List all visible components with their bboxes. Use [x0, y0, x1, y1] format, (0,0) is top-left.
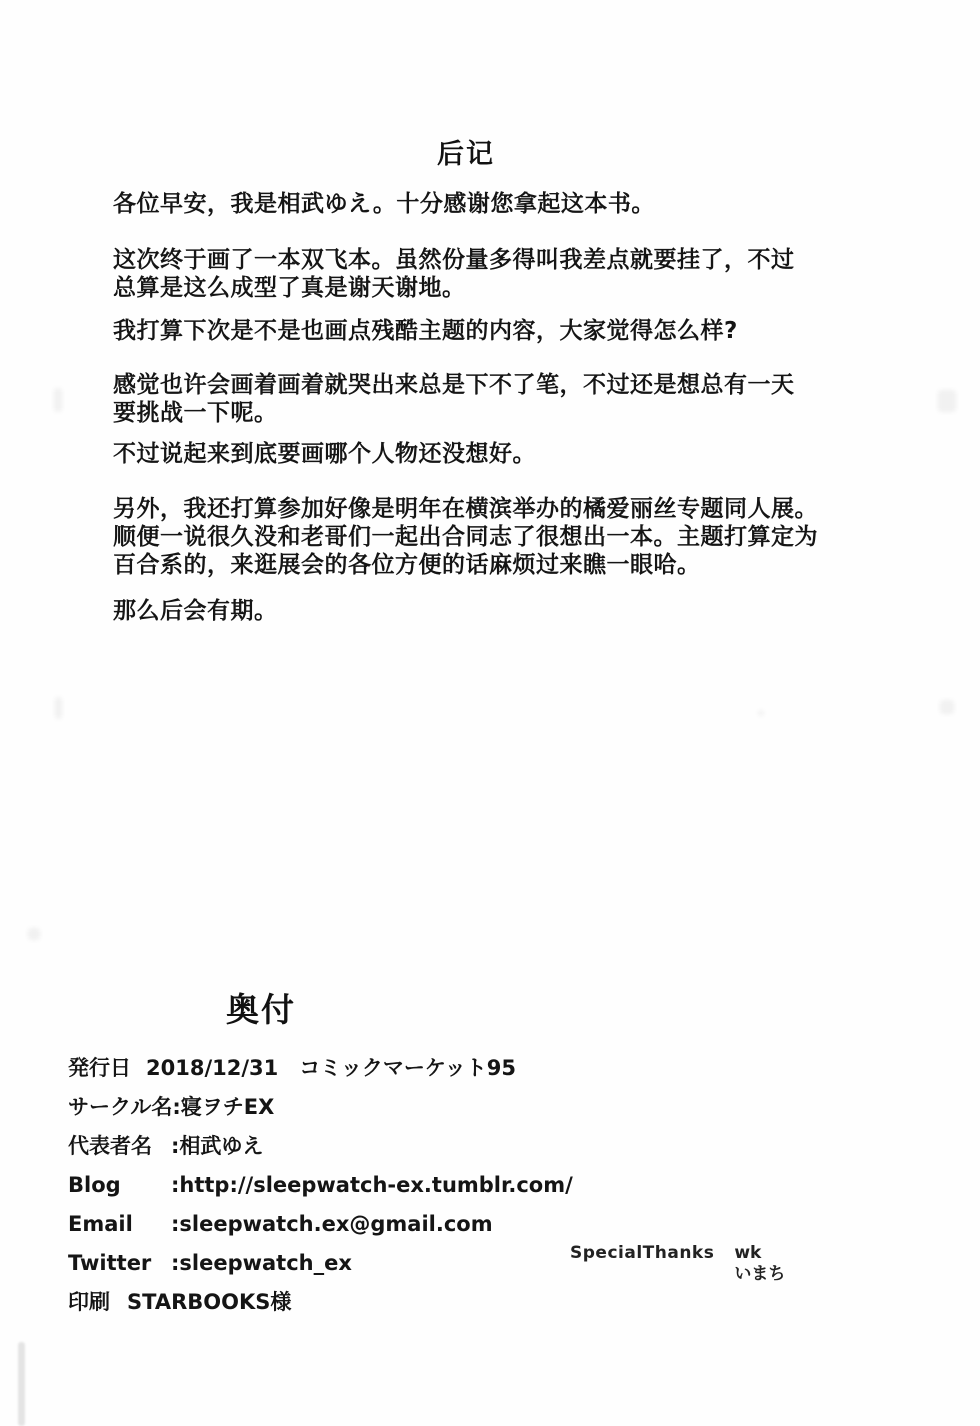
afterword-paragraph: 我打算下次是不是也画点残酷主题的内容，大家觉得怎么样?: [113, 317, 893, 345]
scan-artifact: [938, 390, 956, 412]
colophon-title: 奥付: [226, 984, 296, 1031]
colophon-row-email: Email :sleepwatch.ex@gmail.com: [68, 1213, 628, 1235]
colophon-label: 印刷: [68, 1291, 127, 1313]
colophon-label: Blog: [68, 1174, 171, 1196]
colophon-row-printer: 印刷 STARBOOKS様: [68, 1291, 628, 1313]
afterword-title: 后记: [437, 132, 495, 171]
afterword-paragraph: 另外，我还打算参加好像是明年在横滨举办的橘爱丽丝专题同人展。 顺便一说很久没和老…: [113, 495, 893, 579]
scan-artifact: [28, 928, 40, 940]
colophon-value-twitter-handle: :sleepwatch_ex: [171, 1252, 352, 1274]
scan-artifact: [940, 700, 954, 714]
colophon-label: サークル名: [68, 1096, 172, 1118]
colophon-label: Email: [68, 1213, 171, 1235]
scan-artifact: [54, 388, 62, 412]
scanned-afterword-page: 后记 各位早安，我是相武ゆえ。十分感谢您拿起这本书。 这次终于画了一本双飞本。虽…: [0, 0, 980, 1426]
colophon-value: 2018/12/31 コミックマーケット95: [146, 1057, 516, 1079]
special-thanks: SpecialThanks wk いまち: [570, 1243, 785, 1285]
colophon-label: Twitter: [68, 1252, 171, 1274]
special-thanks-label: SpecialThanks: [570, 1243, 714, 1263]
afterword-paragraph: 各位早安，我是相武ゆえ。十分感谢您拿起这本书。: [113, 190, 893, 218]
colophon-row-publish-date: 発行日 2018/12/31 コミックマーケット95: [68, 1057, 628, 1079]
colophon-row-circle-name: サークル名 :寝ヲチEX: [68, 1096, 628, 1118]
colophon-row-representative: 代表者名 :相武ゆえ: [68, 1135, 628, 1157]
afterword-paragraph: 不过说起来到底要画哪个人物还没想好。: [113, 440, 893, 468]
special-thanks-names: wk いまち: [734, 1243, 785, 1285]
scan-artifact: [55, 697, 62, 719]
colophon-label: 発行日: [68, 1057, 146, 1079]
colophon-row-blog: Blog :http://sleepwatch-ex.tumblr.com/: [68, 1174, 628, 1196]
colophon-value: :寝ヲチEX: [172, 1096, 274, 1118]
colophon-table: 発行日 2018/12/31 コミックマーケット95 サークル名 :寝ヲチEX …: [68, 1057, 628, 1330]
colophon-value-blog-url: :http://sleepwatch-ex.tumblr.com/: [171, 1174, 573, 1196]
colophon-row-twitter: Twitter :sleepwatch_ex: [68, 1252, 628, 1274]
colophon-value-email-address: :sleepwatch.ex@gmail.com: [171, 1213, 493, 1235]
afterword-paragraph: 那么后会有期。: [113, 597, 893, 625]
scan-artifact: [758, 710, 764, 716]
colophon-label: 代表者名: [68, 1135, 171, 1157]
afterword-paragraph: 这次终于画了一本双飞本。虽然份量多得叫我差点就要挂了，不过 总算是这么成型了真是…: [113, 246, 893, 302]
colophon-value: :相武ゆえ: [171, 1135, 263, 1157]
scan-artifact: [18, 1342, 25, 1426]
afterword-paragraph: 感觉也许会画着画着就哭出来总是下不了笔，不过还是想总有一天 要挑战一下呢。: [113, 371, 893, 427]
colophon-value: STARBOOKS様: [127, 1291, 291, 1313]
